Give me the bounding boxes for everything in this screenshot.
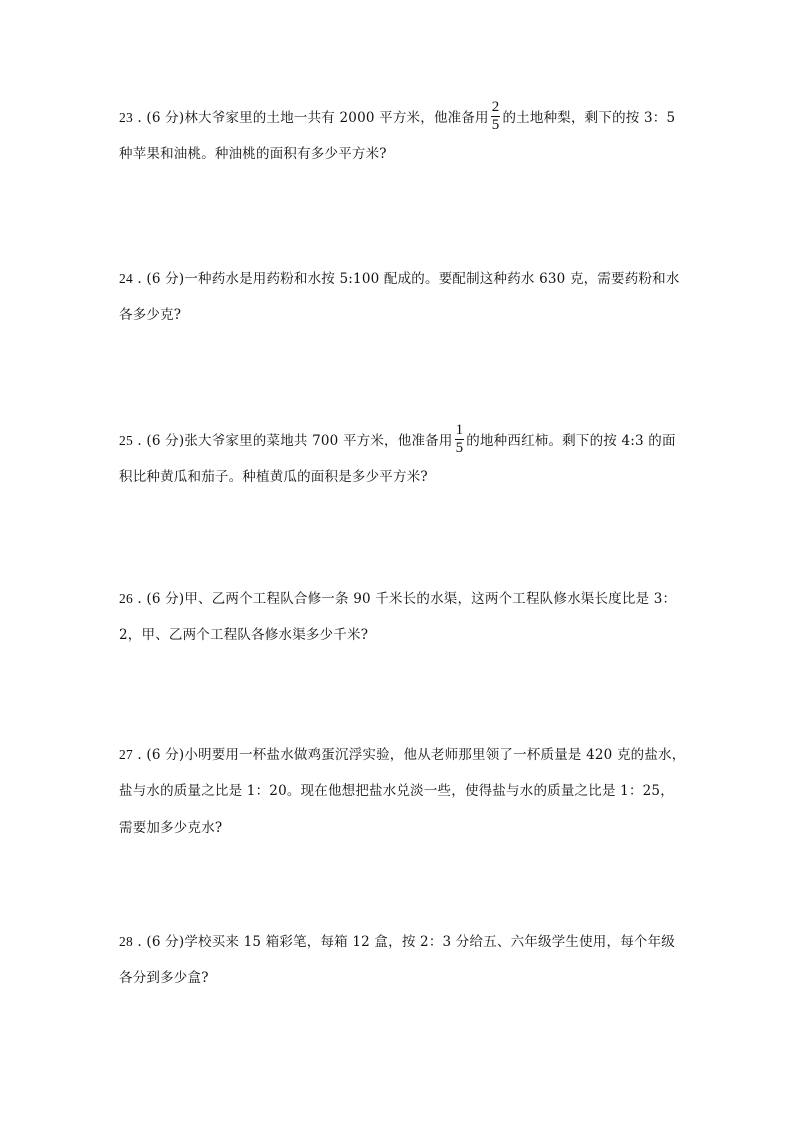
problem-26: 26 . (6 分)甲、乙两个工程队合修一条 90 千米长的水渠，这两个工程队修…	[119, 580, 679, 654]
problem-23: 23 . (6 分)林大爷家里的土地一共有 2000 平方米，他准备用25的土地…	[119, 99, 679, 173]
problem-score: (6 分)	[146, 110, 184, 126]
problem-score: (6 分)	[146, 747, 184, 763]
problem-score: (6 分)	[146, 433, 184, 449]
separator: .	[133, 591, 142, 607]
separator: .	[133, 271, 142, 287]
problem-23-line-2: 种苹果和油桃。种油桃的面积有多少平方米?	[119, 136, 679, 173]
problem-number: 28	[119, 934, 133, 949]
fraction: 25	[491, 100, 501, 133]
problem-24-line-2: 各多少克?	[119, 297, 679, 334]
problem-score: (6 分)	[146, 271, 184, 287]
problem-text: 小明要用一杯盐水做鸡蛋沉浮实验，他从老师那里领了一杯质量是 420 克的盐水，	[184, 747, 685, 763]
problem-25: 25 . (6 分)张大爷家里的菜地共 700 平方米，他准备用15的地种西红柿…	[119, 422, 679, 496]
fraction-denominator: 5	[491, 117, 501, 133]
problem-text: 学校买来 15 箱彩笔，每箱 12 盒，按 2：3 分给五、六年级学生使用，每个…	[184, 934, 675, 950]
separator: .	[133, 433, 142, 449]
fraction-numerator: 1	[455, 423, 465, 440]
problem-24: 24 . (6 分)一种药水是用药粉和水按 5:100 配成的。要配制这种药水 …	[119, 260, 679, 334]
problem-text: 一种药水是用药粉和水按 5:100 配成的。要配制这种药水 630 克，需要药粉…	[184, 271, 679, 287]
separator: .	[133, 747, 142, 763]
problem-text: 林大爷家里的土地一共有 2000 平方米，他准备用	[184, 110, 488, 126]
problem-27-line-3: 需要加多少克水?	[119, 810, 679, 847]
problem-27: 27 . (6 分)小明要用一杯盐水做鸡蛋沉浮实验，他从老师那里领了一杯质量是 …	[119, 736, 679, 847]
problem-number: 25	[119, 433, 133, 448]
problem-text: 甲、乙两个工程队合修一条 90 千米长的水渠，这两个工程队修水渠长度比是 3：	[184, 591, 676, 607]
problem-text: 的地种西红柿。剩下的按 4:3 的面	[466, 433, 675, 449]
problem-23-line-1: 23 . (6 分)林大爷家里的土地一共有 2000 平方米，他准备用25的土地…	[119, 99, 679, 136]
problem-28-line-1: 28 . (6 分)学校买来 15 箱彩笔，每箱 12 盒，按 2：3 分给五、…	[119, 923, 679, 960]
problem-26-line-1: 26 . (6 分)甲、乙两个工程队合修一条 90 千米长的水渠，这两个工程队修…	[119, 580, 679, 617]
fraction: 15	[455, 423, 465, 456]
fraction-numerator: 2	[491, 100, 501, 117]
problem-number: 27	[119, 747, 133, 762]
problem-text: 的土地种梨，剩下的按 3：5	[502, 110, 675, 126]
problem-text: 张大爷家里的菜地共 700 平方米，他准备用	[184, 433, 452, 449]
separator: .	[133, 110, 142, 126]
problem-28-line-2: 各分到多少盒?	[119, 960, 679, 997]
problem-25-line-2: 积比种黄瓜和茄子。种植黄瓜的面积是多少平方米?	[119, 459, 679, 496]
problem-27-line-1: 27 . (6 分)小明要用一杯盐水做鸡蛋沉浮实验，他从老师那里领了一杯质量是 …	[119, 736, 679, 773]
separator: .	[133, 934, 142, 950]
problem-number: 26	[119, 591, 133, 606]
problem-27-line-2: 盐与水的质量之比是 1：20。现在他想把盐水兑淡一些，使得盐与水的质量之比是 1…	[119, 773, 679, 810]
problem-24-line-1: 24 . (6 分)一种药水是用药粉和水按 5:100 配成的。要配制这种药水 …	[119, 260, 679, 297]
problem-26-line-2: 2，甲、乙两个工程队各修水渠多少千米?	[119, 617, 679, 654]
problem-28: 28 . (6 分)学校买来 15 箱彩笔，每箱 12 盒，按 2：3 分给五、…	[119, 923, 679, 997]
fraction-denominator: 5	[455, 440, 465, 456]
problem-score: (6 分)	[146, 934, 184, 950]
problem-25-line-1: 25 . (6 分)张大爷家里的菜地共 700 平方米，他准备用15的地种西红柿…	[119, 422, 679, 459]
problem-number: 23	[119, 110, 133, 125]
problem-number: 24	[119, 271, 133, 286]
problem-score: (6 分)	[146, 591, 184, 607]
